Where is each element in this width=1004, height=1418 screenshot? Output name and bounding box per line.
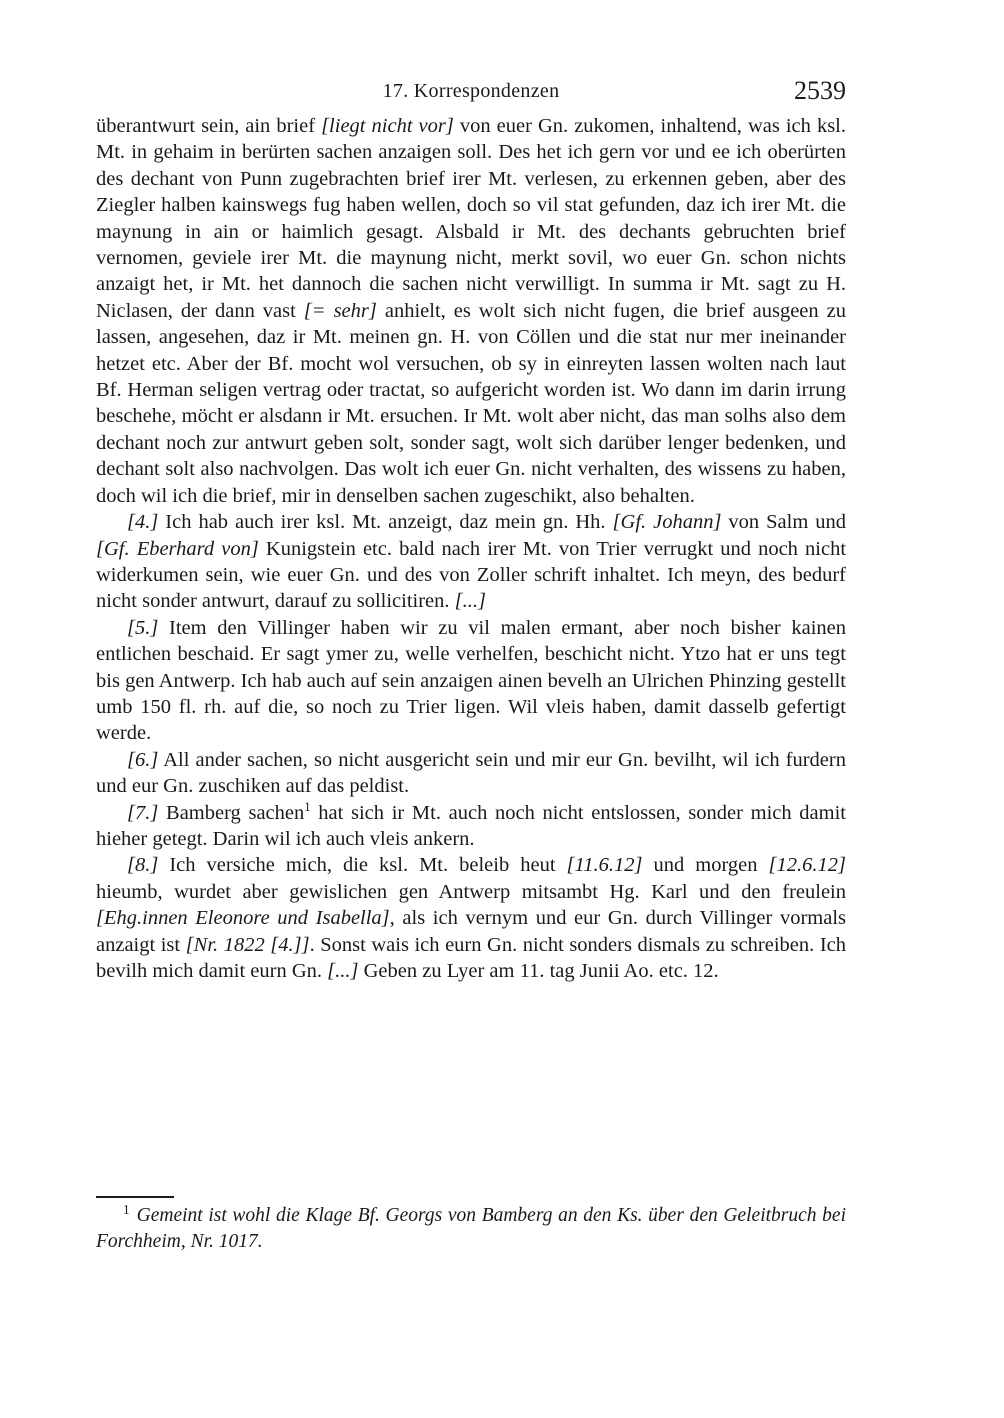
book-page: 17. Korrespondenzen 2539 überantwurt sei… [0, 0, 1004, 1418]
text-segment: von euer Gn. zukomen, inhaltend, was ich… [96, 115, 846, 322]
editorial-insertion: [Ehg.innen Eleonore und Isabella] [96, 907, 390, 929]
text-segment: hieumb, wurdet aber gewislichen gen Antw… [96, 881, 846, 903]
body-text: überantwurt sein, ain brief [liegt nicht… [96, 113, 846, 984]
running-title: 17. Korrespondenzen [96, 80, 846, 103]
paragraph-3: [5.] Item den Villinger haben wir zu vil… [96, 615, 846, 747]
footnote: 1Gemeint ist wohl die Klage Bf. Georgs v… [96, 1203, 846, 1255]
paragraph-4: [6.] All ander sachen, so nicht ausgeric… [96, 747, 846, 800]
editorial-insertion: Gemeint ist wohl die Klage Bf. Georgs vo… [96, 1205, 846, 1252]
editorial-insertion: [11.6.12] [567, 854, 643, 876]
editorial-insertion: [Nr. 1822 [4.]] [186, 934, 310, 956]
editorial-insertion: [8.] [127, 854, 158, 876]
page-header: 17. Korrespondenzen 2539 [96, 76, 846, 106]
text-segment: Ich hab auch irer ksl. Mt. anzeigt, daz … [158, 511, 612, 533]
text-segment: überantwurt sein, ain brief [96, 115, 321, 137]
editorial-insertion: [5.] [127, 617, 158, 639]
editorial-insertion: [liegt nicht vor] [321, 115, 454, 137]
editorial-insertion: [= sehr] [304, 300, 377, 322]
editorial-insertion: [Gf. Johann] [613, 511, 722, 533]
text-segment: Ich versiche mich, die ksl. Mt. beleib h… [158, 854, 566, 876]
editorial-insertion: [...] [455, 590, 486, 612]
text-segment: von Salm und [721, 511, 846, 533]
text-segment: Bamberg sachen [158, 802, 304, 824]
text-segment: und morgen [642, 854, 768, 876]
paragraph-2: [4.] Ich hab auch irer ksl. Mt. anzeigt,… [96, 509, 846, 615]
text-segment: Geben zu Lyer am 11. tag Junii Ao. etc. … [359, 960, 719, 982]
editorial-insertion: [6.] [127, 749, 158, 771]
paragraph-6: [8.] Ich versiche mich, die ksl. Mt. bel… [96, 852, 846, 984]
footnote-section: 1Gemeint ist wohl die Klage Bf. Georgs v… [96, 1196, 846, 1255]
text-segment: Item den Villinger haben wir zu vil male… [96, 617, 846, 745]
page-number: 2539 [794, 76, 846, 106]
footnote-rule [96, 1196, 174, 1198]
editorial-insertion: [12.6.12] [769, 854, 846, 876]
editorial-insertion: [4.] [127, 511, 158, 533]
paragraph-5: [7.] Bamberg sachen1 hat sich ir Mt. auc… [96, 800, 846, 853]
editorial-insertion: [...] [327, 960, 358, 982]
editorial-insertion: [7.] [127, 802, 158, 824]
paragraph-1: überantwurt sein, ain brief [liegt nicht… [96, 113, 846, 509]
text-segment: anhielt, es wolt sich nicht fugen, die b… [96, 300, 846, 507]
text-segment: All ander sachen, so nicht ausgericht se… [96, 749, 846, 797]
footnote-marker: 1 [123, 1202, 130, 1217]
editorial-insertion: [Gf. Eberhard von] [96, 538, 259, 560]
